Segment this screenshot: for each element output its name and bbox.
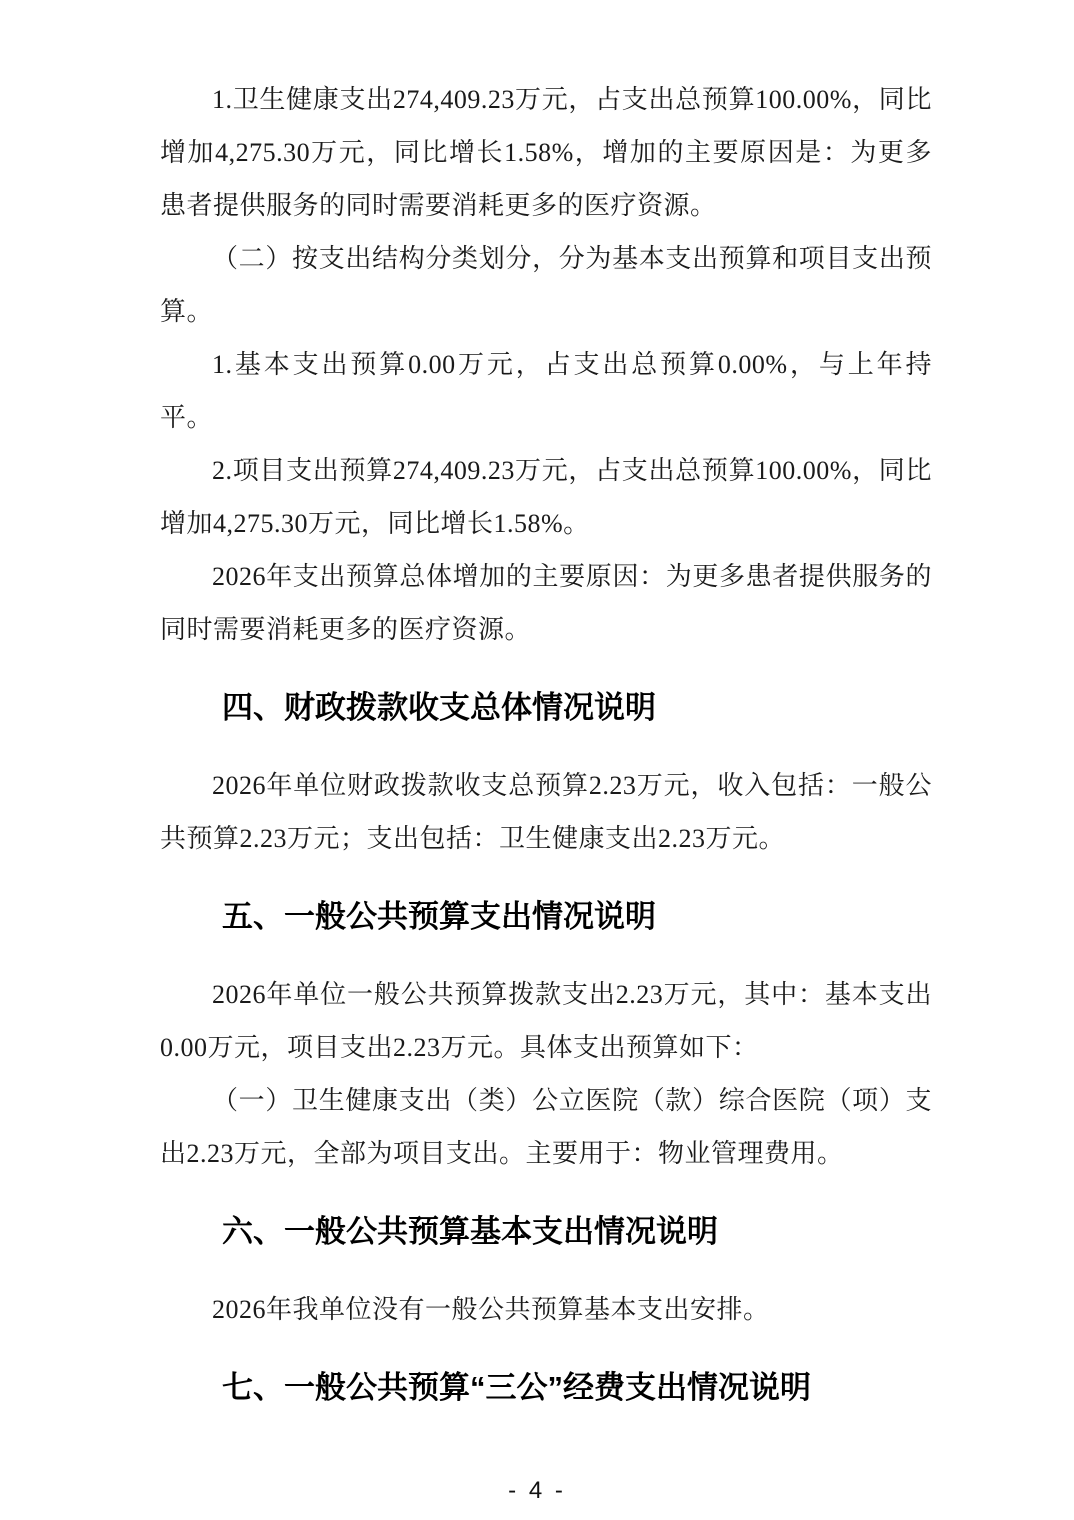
paragraph-general-public-budget-detail: 2026年单位一般公共预算拨款支出2.23万元，其中：基本支出0.00万元，项目… xyxy=(160,968,932,1074)
document-content: 1.卫生健康支出274,409.23万元，占支出总预算100.00%，同比增加4… xyxy=(160,73,932,1439)
paragraph-increase-main-reason: 2026年支出预算总体增加的主要原因：为更多患者提供服务的同时需要消耗更多的医疗… xyxy=(160,550,932,656)
paragraph-expenditure-structure-intro: （二）按支出结构分类划分，分为基本支出预算和项目支出预算。 xyxy=(160,232,932,338)
paragraph-basic-expenditure-budget: 1.基本支出预算0.00万元，占支出总预算0.00%，与上年持平。 xyxy=(160,338,932,444)
section-heading-basic-expenditure-explanation: 六、一般公共预算基本支出情况说明 xyxy=(160,1205,932,1258)
paragraph-hospital-expenditure-item: （一）卫生健康支出（类）公立医院（款）综合医院（项）支出2.23万元，全部为项目… xyxy=(160,1074,932,1180)
paragraph-fiscal-appropriation-detail: 2026年单位财政拨款收支总预算2.23万元，收入包括：一般公共预算2.23万元… xyxy=(160,759,932,865)
section-heading-fiscal-appropriation-overview: 四、财政拨款收支总体情况说明 xyxy=(160,681,932,734)
section-heading-three-public-funds: 七、一般公共预算“三公”经费支出情况说明 xyxy=(160,1361,932,1414)
section-heading-general-public-budget-expenditure: 五、一般公共预算支出情况说明 xyxy=(160,890,932,943)
paragraph-project-expenditure-budget: 2.项目支出预算274,409.23万元，占支出总预算100.00%，同比增加4… xyxy=(160,444,932,550)
paragraph-health-expenditure-total: 1.卫生健康支出274,409.23万元，占支出总预算100.00%，同比增加4… xyxy=(160,73,932,232)
page-number: - 4 - xyxy=(0,1476,1074,1506)
document-page: 1.卫生健康支出274,409.23万元，占支出总预算100.00%，同比增加4… xyxy=(0,0,1074,1520)
paragraph-no-basic-expenditure: 2026年我单位没有一般公共预算基本支出安排。 xyxy=(160,1283,932,1336)
